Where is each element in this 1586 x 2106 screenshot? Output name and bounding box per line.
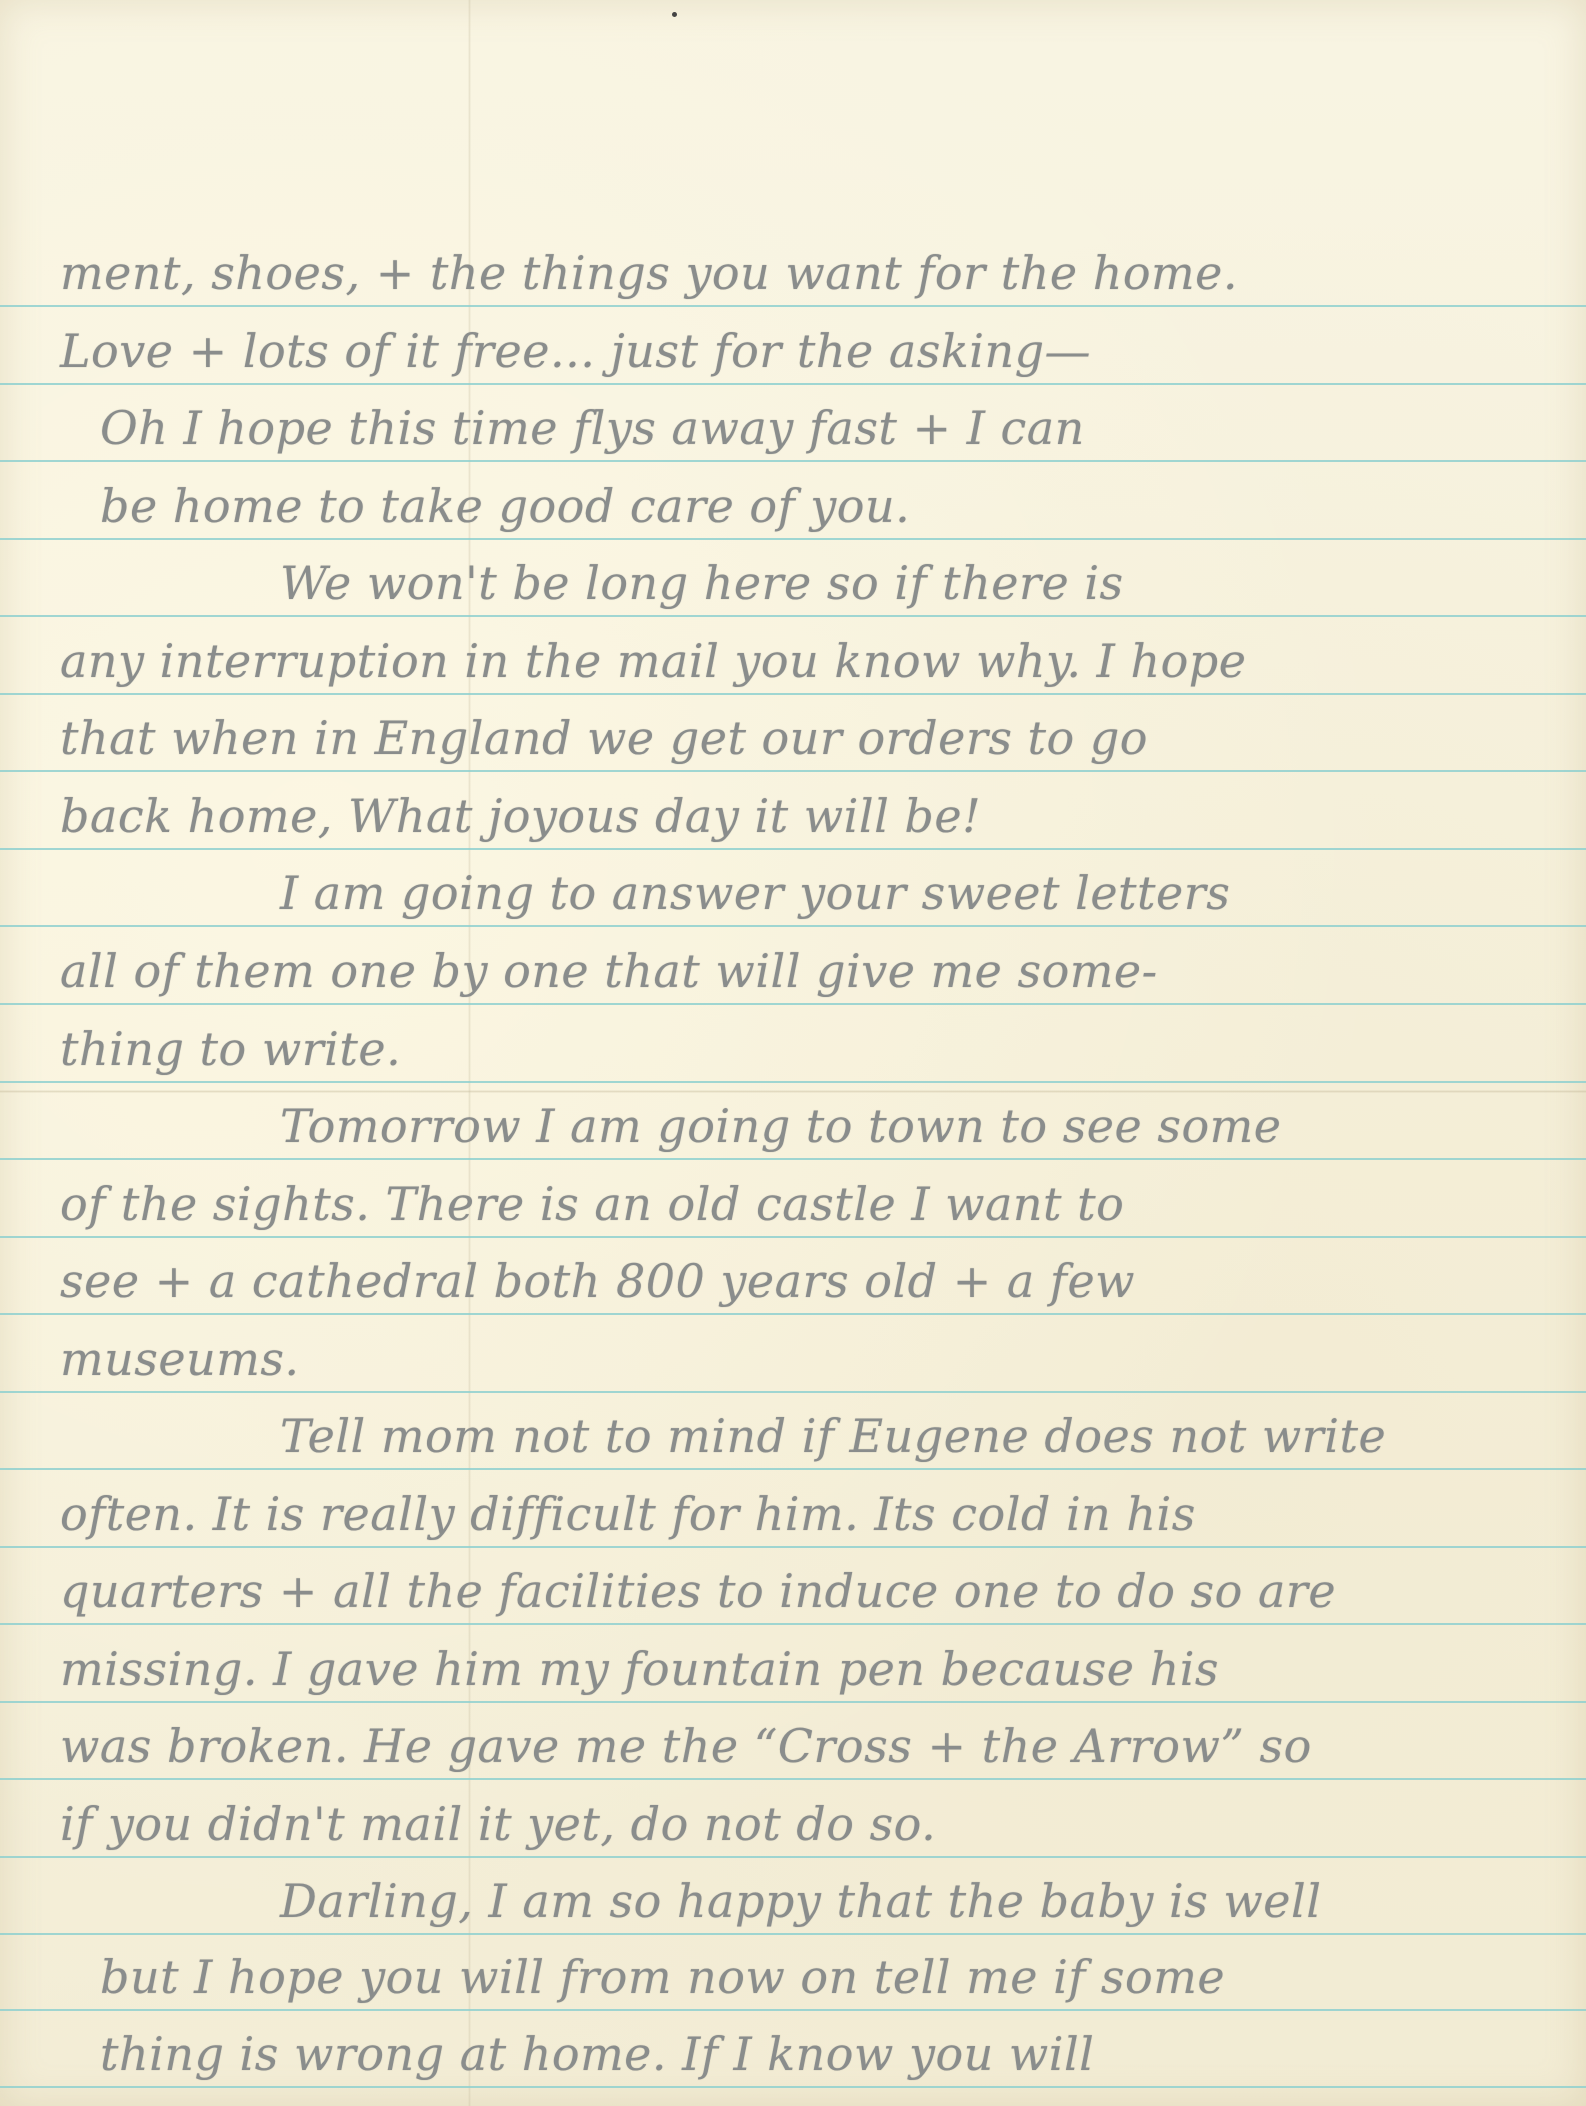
letter-line: Oh I hope this time flys away fast + I c… [100,393,1556,463]
letter-line: missing. I gave him my fountain pen beca… [60,1634,1556,1704]
letter-line: museums. [60,1324,1556,1394]
letter-line: quarters + all the facilities to induce … [60,1556,1556,1626]
letter-line: but I hope you will from now on tell me … [100,1942,1556,2012]
letter-line: often. It is really difficult for him. I… [60,1479,1556,1549]
letter-line: that when in England we get our orders t… [60,703,1556,773]
letter-line: thing to write. [60,1014,1556,1084]
letter-line: see + a cathedral both 800 years old + a… [60,1246,1556,1316]
letter-line: of the sights. There is an old castle I … [60,1169,1556,1239]
letter-line: ment, shoes, + the things you want for t… [60,238,1556,308]
letter-line: Tell mom not to mind if Eugene does not … [280,1401,1556,1471]
letter-line: be home to take good care of you. [100,471,1556,541]
letter-line: I am going to answer your sweet letters [280,858,1556,928]
letter-line: We won't be long here so if there is [280,548,1556,618]
letter-line: if you didn't mail it yet, do not do so. [60,1789,1556,1859]
letter-line: back home, What joyous day it will be! [60,781,1556,851]
letter-line: Love + lots of it free... just for the a… [60,316,1556,386]
letter-page: ment, shoes, + the things you want for t… [0,0,1586,2106]
letter-line: Tomorrow I am going to town to see some [280,1091,1556,1161]
letter-line: was broken. He gave me the “Cross + the … [60,1711,1556,1781]
letter-line: all of them one by one that will give me… [60,936,1556,1006]
letter-line: Darling, I am so happy that the baby is … [280,1866,1556,1936]
ink-dot [672,12,677,17]
letter-line: any interruption in the mail you know wh… [60,626,1556,696]
letter-line: thing is wrong at home. If I know you wi… [100,2019,1556,2089]
